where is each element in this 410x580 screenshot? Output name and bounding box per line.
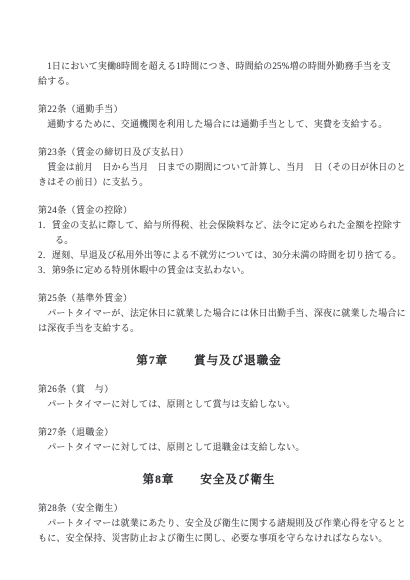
article-24-item-2: 2．遅刻、早退及び私用外出等による不就労については、30分未満の時間を切り捨てる… xyxy=(38,248,380,263)
article-25-body-line: は深夜手当を支給する。 xyxy=(38,321,380,336)
article-28: 第28条（安全衛生） パートタイマーは就業にあたり、安全及び衛生に関する諸規則及… xyxy=(38,501,380,546)
article-28-body-line: パートタイマーは就業にあたり、安全及び衛生に関する諸規則及び作業心得を守るとと xyxy=(38,516,380,531)
article-23-body-line: 賃金は前月 日から当月 日までの期間について計算し、当月 日（その日が休日のと xyxy=(38,160,380,175)
paragraph-line: 給する。 xyxy=(38,74,380,89)
article-24-item-1-line: る。 xyxy=(38,233,380,248)
intro-paragraph: 1日において実働8時間を超える1時間につき、時間給の25%増の時間外勤務手当を支… xyxy=(38,59,380,89)
article-22: 第22条（通勤手当） 通勤するために、交通機関を利用した場合には通勤手当として、… xyxy=(38,102,380,132)
paragraph-line: 1日において実働8時間を超える1時間につき、時間給の25%増の時間外勤務手当を支 xyxy=(38,59,380,74)
chapter-7-label: 第7章 xyxy=(136,355,168,367)
chapter-7-heading: 第7章賞与及び退職金 xyxy=(38,353,380,369)
chapter-8-heading: 第8章安全及び衛生 xyxy=(38,472,380,488)
article-27: 第27条（退職金） パートタイマーに対しては、原則として退職金は支給しない。 xyxy=(38,425,380,455)
article-24-item-1-line: 1．賃金の支払に際して、給与所得税、社会保険料など、法令に定められた金額を控除す xyxy=(38,218,380,233)
article-22-heading: 第22条（通勤手当） xyxy=(38,102,380,117)
article-23: 第23条（賃金の締切日及び支払日） 賃金は前月 日から当月 日までの期間について… xyxy=(38,145,380,190)
article-27-heading: 第27条（退職金） xyxy=(38,425,380,440)
article-28-heading: 第28条（安全衛生） xyxy=(38,501,380,516)
chapter-7-title: 賞与及び退職金 xyxy=(194,355,282,367)
article-27-body-line: パートタイマーに対しては、原則として退職金は支給しない。 xyxy=(38,440,380,455)
article-24-item-3: 3．第9条に定める特別休暇中の賃金は支払わない。 xyxy=(38,263,380,278)
article-24-heading: 第24条（賃金の控除） xyxy=(38,203,380,218)
article-26-heading: 第26条（賞 与） xyxy=(38,382,380,397)
article-26: 第26条（賞 与） パートタイマーに対しては、原則として賞与は支給しない。 xyxy=(38,382,380,412)
article-25-heading: 第25条（基準外賃金） xyxy=(38,291,380,306)
article-26-body-line: パートタイマーに対しては、原則として賞与は支給しない。 xyxy=(38,397,380,412)
article-28-body-line: もに、安全保持、災害防止および衛生に関し、必要な事項を守らなければならない。 xyxy=(38,531,380,546)
article-25-body-line: パートタイマーが、法定休日に就業した場合には休日出勤手当、深夜に就業した場合に xyxy=(38,306,380,321)
article-24: 第24条（賃金の控除） 1．賃金の支払に際して、給与所得税、社会保険料など、法令… xyxy=(38,203,380,278)
chapter-8-label: 第8章 xyxy=(143,474,175,486)
document-page: 1日において実働8時間を超える1時間につき、時間給の25%増の時間外勤務手当を支… xyxy=(0,0,410,580)
article-23-body-line: きはその前日）に支払う。 xyxy=(38,175,380,190)
article-22-body-line: 通勤するために、交通機関を利用した場合には通勤手当として、実費を支給する。 xyxy=(38,117,380,132)
article-23-heading: 第23条（賃金の締切日及び支払日） xyxy=(38,145,380,160)
chapter-8-title: 安全及び衛生 xyxy=(200,474,275,486)
article-25: 第25条（基準外賃金） パートタイマーが、法定休日に就業した場合には休日出勤手当… xyxy=(38,291,380,336)
